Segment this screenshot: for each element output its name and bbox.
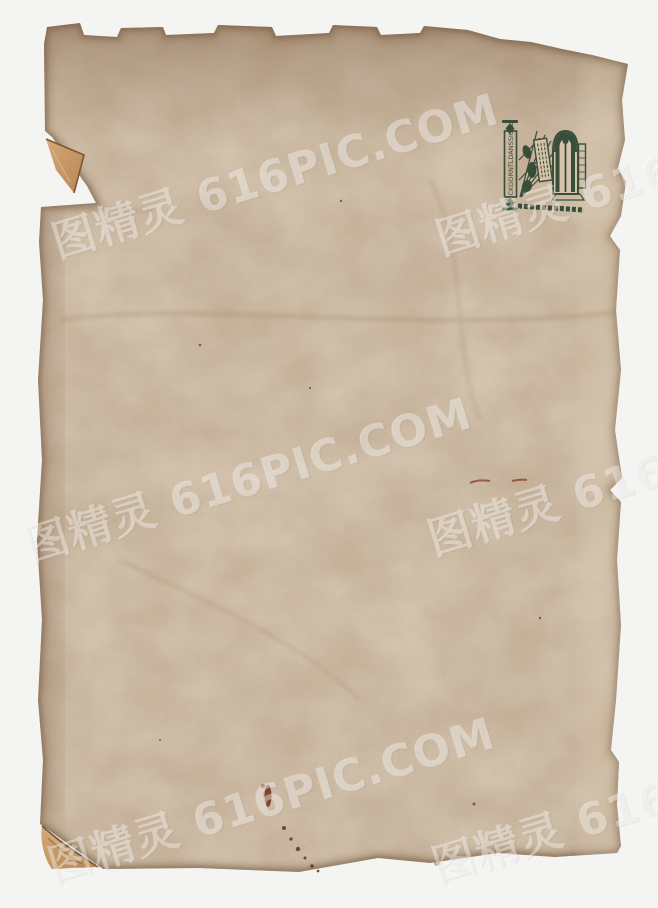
scanned-paper-image: BMCKGORNTLDANSSIGEL	[0, 0, 658, 908]
paper-sheet: BMCKGORNTLDANSSIGEL	[0, 0, 658, 908]
stamp-text: BMCKGORNTLDANSSIGEL	[507, 122, 515, 206]
